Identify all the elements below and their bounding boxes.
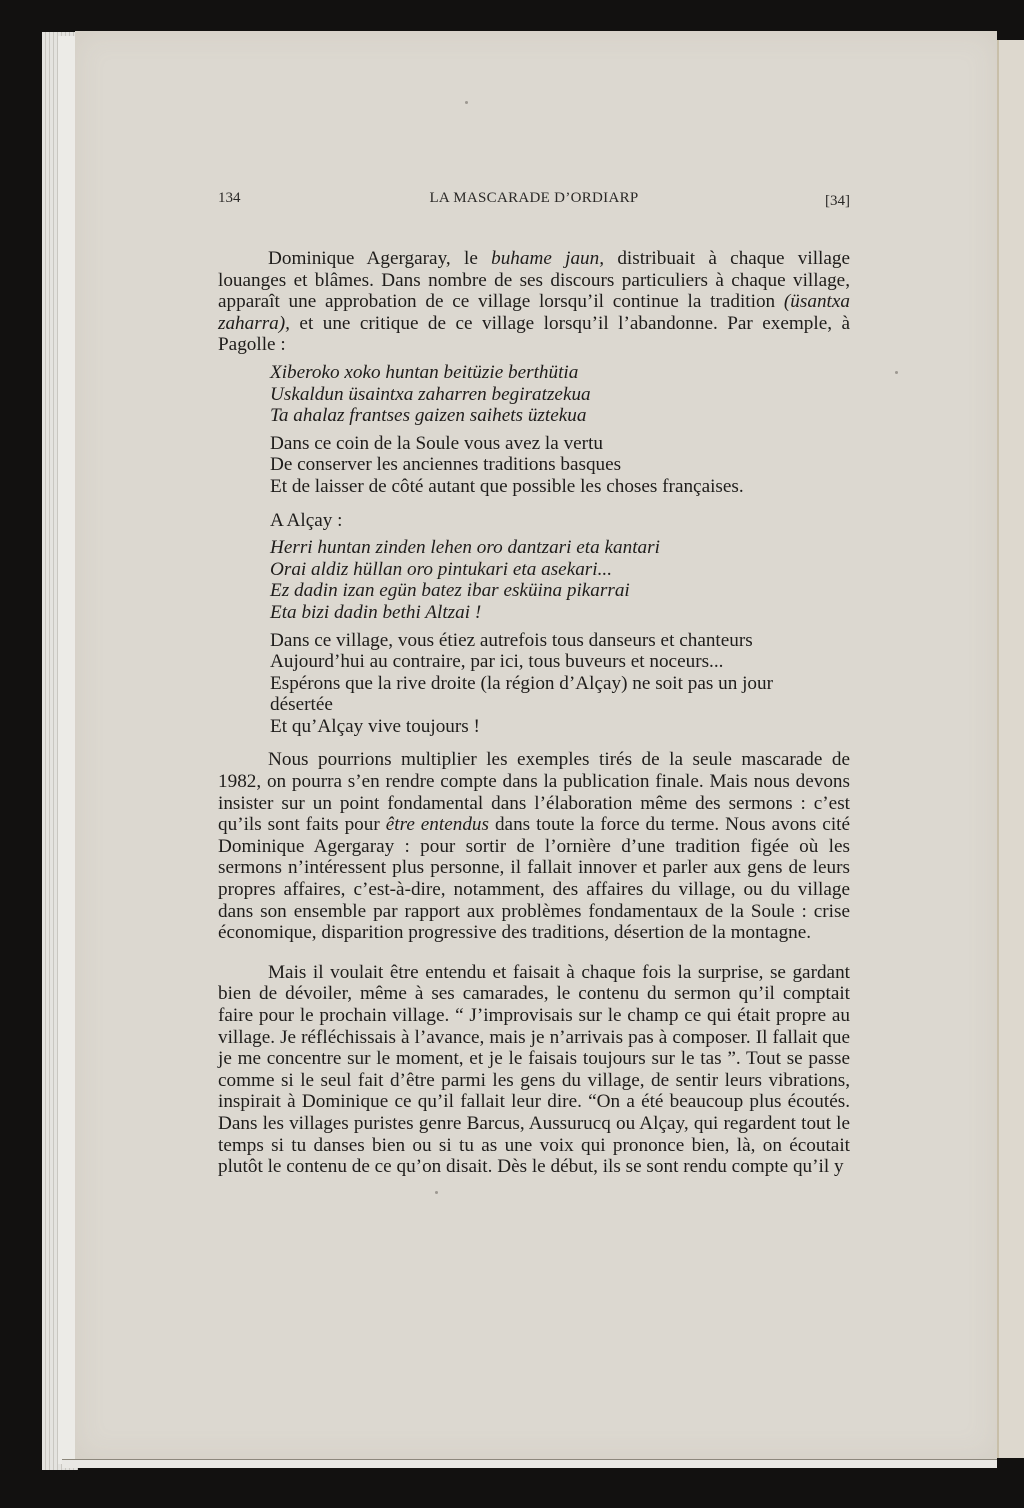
alcay-basque-verse: Herri huntan zinden lehen oro dantzari e…	[270, 537, 850, 623]
paper-speck	[465, 101, 468, 104]
verse-line: Ez dadin izan egün batez ibar esküina pi…	[270, 580, 850, 602]
pagolle-french-translation: Dans ce coin de la Soule vous avez la ve…	[270, 433, 850, 498]
verse-line: Ta ahalaz frantses gaizen saihets üzteku…	[270, 405, 850, 427]
running-head: 134 LA MASCARADE D’ORDIARP [34]	[218, 190, 850, 210]
paragraph-2: Nous pourrions multiplier les exemples t…	[218, 749, 850, 943]
paragraph-3: Mais il voulait être entendu et faisait …	[218, 962, 850, 1178]
verse-line: Eta bizi dadin bethi Altzai !	[270, 602, 850, 624]
verse-line: Orai aldiz hüllan oro pintukari eta asek…	[270, 559, 850, 581]
verse-line: Dans ce coin de la Soule vous avez la ve…	[270, 433, 850, 455]
verse-line: Dans ce village, vous étiez autrefois to…	[270, 630, 850, 652]
paper-speck	[435, 1191, 438, 1194]
running-title: LA MASCARADE D’ORDIARP	[218, 190, 850, 207]
verse-line: Aujourd’hui au contraire, par ici, tous …	[270, 651, 850, 673]
page-bottom-edge	[62, 1459, 997, 1468]
alcay-french-translation: Dans ce village, vous étiez autrefois to…	[270, 630, 850, 738]
alcay-intro: A Alçay :	[270, 510, 850, 532]
italic-term: buhame jaun,	[491, 248, 604, 269]
verse-line: Herri huntan zinden lehen oro dantzari e…	[270, 537, 850, 559]
facing-page-edge	[997, 40, 1024, 1458]
original-page-number: [34]	[825, 193, 850, 210]
verse-line: Et de laisser de côté autant que possibl…	[270, 476, 850, 498]
verse-line: De conserver les anciennes traditions ba…	[270, 454, 850, 476]
verse-line: Et qu’Alçay vive toujours !	[270, 716, 850, 738]
paper-speck	[895, 371, 898, 374]
italic-term: être entendus	[386, 814, 489, 835]
pagolle-basque-verse: Xiberoko xoko huntan beitüzie berthütia …	[270, 362, 850, 427]
verse-line: Espérons que la rive droite (la région d…	[270, 673, 850, 695]
verse-line: désertée	[270, 694, 850, 716]
paragraph-1: Dominique Agergaray, le buhame jaun, dis…	[218, 248, 850, 356]
body-text: Dominique Agergaray, le buhame jaun, dis…	[218, 248, 850, 1178]
verse-line: Uskaldun üsaintxa zaharren begiratzekua	[270, 384, 850, 406]
verse-line: Xiberoko xoko huntan beitüzie berthütia	[270, 362, 850, 384]
